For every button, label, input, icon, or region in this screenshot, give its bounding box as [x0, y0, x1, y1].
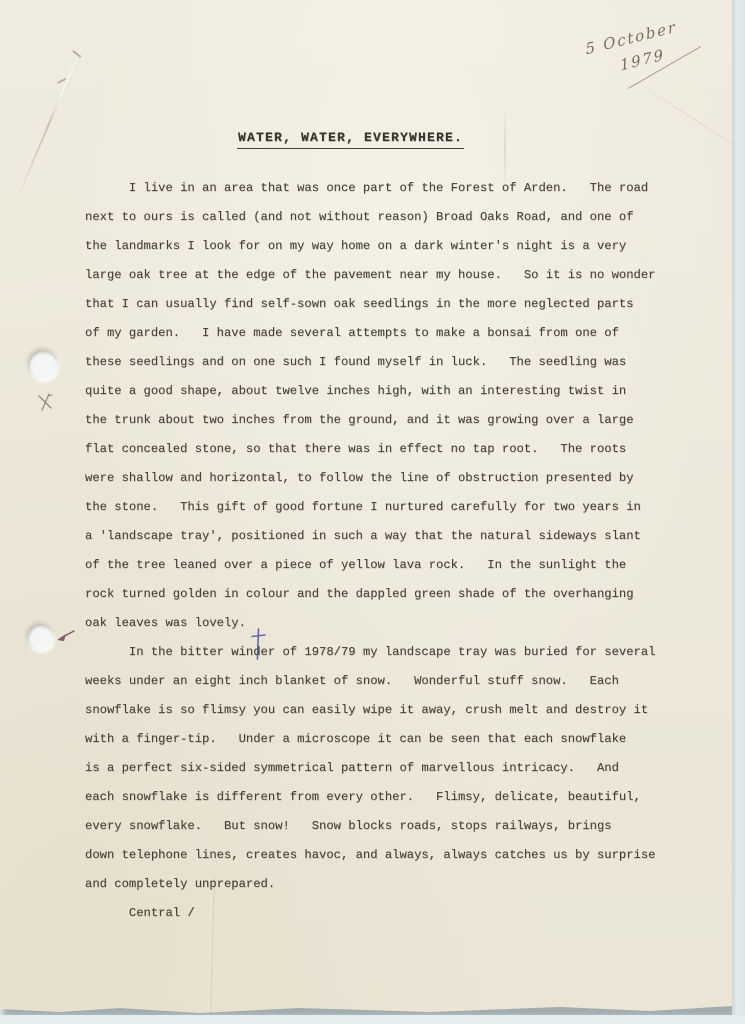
typed-line: next to ours is called (and not without …	[85, 203, 655, 232]
typed-line: the trunk about two inches from the grou…	[85, 406, 655, 435]
pen-arrow-mark	[54, 628, 76, 646]
typed-line: that I can usually find self-sown oak se…	[85, 290, 655, 319]
typed-line: large oak tree at the edge of the paveme…	[85, 261, 655, 290]
crease-mark	[612, 66, 745, 176]
typed-line: a 'landscape tray', positioned in such a…	[85, 522, 655, 551]
staple-mark	[57, 78, 66, 84]
typed-line: oak leaves was lovely.	[85, 609, 655, 638]
typed-line: I live in an area that was once part of …	[85, 174, 655, 203]
staple-mark	[73, 50, 82, 57]
scanned-page: 5 October 1979 WATER, WATER, EVERYWHERE.…	[0, 0, 732, 1016]
hole-punch-top	[28, 350, 58, 380]
typed-line: snowflake is so flimsy you can easily wi…	[85, 696, 655, 725]
typed-line: In the bitter winder of 1978/79 my lands…	[85, 638, 655, 667]
typed-body: I live in an area that was once part of …	[85, 174, 655, 928]
pencil-x-mark	[36, 391, 56, 413]
typed-line: every snowflake. But snow! Snow blocks r…	[85, 812, 655, 841]
typed-line: these seedlings and on one such I found …	[85, 348, 655, 377]
crease-mark	[16, 10, 98, 200]
typed-line: down telephone lines, creates havoc, and…	[85, 841, 655, 870]
typed-line: the landmarks I look for on my way home …	[85, 232, 655, 261]
typed-line: flat concealed stone, so that there was …	[85, 435, 655, 464]
handwritten-date: 5 October 1979	[584, 15, 682, 85]
typed-line: of my garden. I have made several attemp…	[85, 319, 655, 348]
scanner-background-bottom	[0, 1015, 745, 1024]
typed-line: of the tree leaned over a piece of yello…	[85, 551, 655, 580]
scanner-background-right	[732, 0, 745, 1024]
typed-line: and completely unprepared.	[85, 870, 655, 899]
typed-line: weeks under an eight inch blanket of sno…	[85, 667, 655, 696]
hole-punch-bottom	[27, 624, 54, 651]
typed-line: with a finger-tip. Under a microscope it…	[85, 725, 655, 754]
typed-line: quite a good shape, about twelve inches …	[85, 377, 655, 406]
typed-line: is a perfect six-sided symmetrical patte…	[85, 754, 655, 783]
typed-line: Central /	[85, 899, 655, 928]
typed-line: were shallow and horizontal, to follow t…	[85, 464, 655, 493]
typed-line: the stone. This gift of good fortune I n…	[85, 493, 655, 522]
page-title: WATER, WATER, EVERYWHERE.	[237, 130, 464, 149]
typed-line: rock turned golden in colour and the dap…	[85, 580, 655, 609]
handwritten-correction-t-mark	[250, 627, 268, 663]
typed-line: each snowflake is different from every o…	[85, 783, 655, 812]
